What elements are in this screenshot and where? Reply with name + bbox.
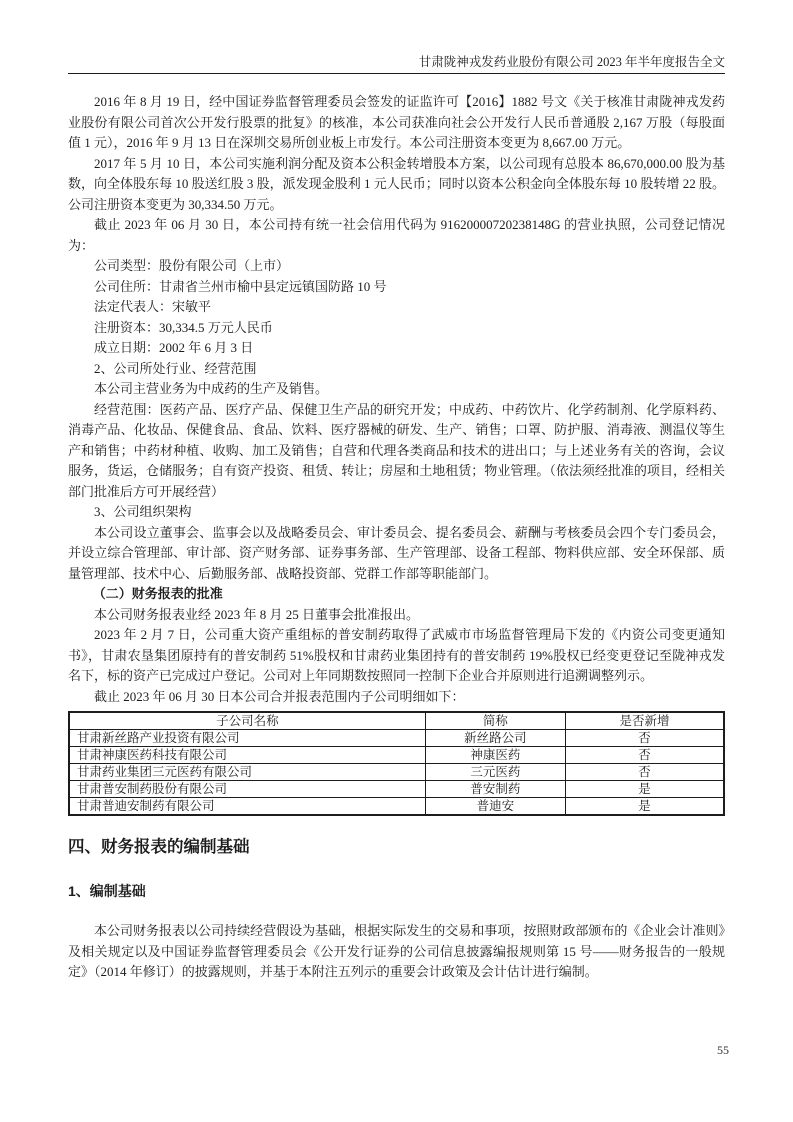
table-row: 甘肃新丝路产业投资有限公司 新丝路公司 否 bbox=[69, 730, 724, 747]
para-business-license: 截止 2023 年 06 月 30 日，本公司持有统一社会信用代码为 91620… bbox=[68, 215, 725, 256]
line-founding-date: 成立日期：2002 年 6 月 3 日 bbox=[68, 338, 725, 359]
cell-subsidiary-name: 甘肃普迪安制药有限公司 bbox=[69, 798, 425, 816]
subsidiaries-table: 子公司名称 简称 是否新增 甘肃新丝路产业投资有限公司 新丝路公司 否 甘肃神康… bbox=[68, 711, 725, 816]
heading-industry-scope: 2、公司所处行业、经营范围 bbox=[68, 359, 725, 380]
cell-short-name: 新丝路公司 bbox=[425, 730, 565, 747]
table-row: 甘肃神康医药科技有限公司 神康医药 否 bbox=[69, 747, 724, 764]
header-divider bbox=[68, 73, 725, 74]
table-row: 甘肃药业集团三元医药有限公司 三元医药 否 bbox=[69, 764, 724, 781]
line-approval-date: 本公司财务报表业经 2023 年 8 月 25 日董事会批准报出。 bbox=[68, 605, 725, 626]
line-legal-representative: 法定代表人：宋敏平 bbox=[68, 297, 725, 318]
cell-newly-added: 否 bbox=[565, 764, 724, 781]
cell-subsidiary-name: 甘肃普安制药股份有限公司 bbox=[69, 781, 425, 798]
para-dividend-2017: 2017 年 5 月 10 日，本公司实施利润分配及资本公积金转增股本方案，以公… bbox=[68, 154, 725, 216]
cell-subsidiary-name: 甘肃药业集团三元医药有限公司 bbox=[69, 764, 425, 781]
line-main-business: 本公司主营业务为中成药的生产及销售。 bbox=[68, 379, 725, 400]
heading-preparation-basis: 1、编制基础 bbox=[68, 882, 725, 901]
cell-short-name: 三元医药 bbox=[425, 764, 565, 781]
line-company-address: 公司住所：甘肃省兰州市榆中县定远镇国防路 10 号 bbox=[68, 277, 725, 298]
para-business-scope: 经营范围：医药产品、医疗产品、保健卫生产品的研究开发；中成药、中药饮片、化学药制… bbox=[68, 400, 725, 503]
line-table-intro: 截止 2023 年 06 月 30 日本公司合并报表范围内子公司明细如下： bbox=[68, 687, 725, 708]
heading-statement-approval: （二）财务报表的批准 bbox=[68, 584, 725, 605]
cell-newly-added: 否 bbox=[565, 747, 724, 764]
line-registered-capital: 注册资本：30,334.5 万元人民币 bbox=[68, 318, 725, 339]
cell-newly-added: 是 bbox=[565, 798, 724, 816]
cell-newly-added: 是 bbox=[565, 781, 724, 798]
document-header-title: 甘肃陇神戎发药业股份有限公司 2023 年半年度报告全文 bbox=[68, 54, 725, 73]
table-row: 甘肃普迪安制药有限公司 普迪安 是 bbox=[69, 798, 724, 816]
col-header-short-name: 简称 bbox=[425, 712, 565, 730]
para-preparation-basis: 本公司财务报表以公司持续经营假设为基础，根据实际发生的交易和事项，按照财政部颁布… bbox=[68, 921, 725, 983]
para-organization: 本公司设立董事会、监事会以及战略委员会、审计委员会、提名委员会、薪酬与考核委员会… bbox=[68, 523, 725, 585]
cell-subsidiary-name: 甘肃新丝路产业投资有限公司 bbox=[69, 730, 425, 747]
report-page: 甘肃陇神戎发药业股份有限公司 2023 年半年度报告全文 2016 年 8 月 … bbox=[0, 0, 793, 1122]
cell-subsidiary-name: 甘肃神康医药科技有限公司 bbox=[69, 747, 425, 764]
table-row: 甘肃普安制药股份有限公司 普安制药 是 bbox=[69, 781, 724, 798]
cell-newly-added: 否 bbox=[565, 730, 724, 747]
para-ipo-2016: 2016 年 8 月 19 日，经中国证券监督管理委员会签发的证监许可【2016… bbox=[68, 92, 725, 154]
cell-short-name: 普迪安 bbox=[425, 798, 565, 816]
col-header-newly-added: 是否新增 bbox=[565, 712, 724, 730]
table-header-row: 子公司名称 简称 是否新增 bbox=[69, 712, 724, 730]
heading-organization: 3、公司组织架构 bbox=[68, 502, 725, 523]
page-number: 55 bbox=[717, 1040, 729, 1061]
line-company-type: 公司类型：股份有限公司（上市） bbox=[68, 256, 725, 277]
cell-short-name: 普安制药 bbox=[425, 781, 565, 798]
para-restructure: 2023 年 2 月 7 日，公司重大资产重组标的普安制药取得了武威市市场监督管… bbox=[68, 625, 725, 687]
heading-section-four: 四、财务报表的编制基础 bbox=[68, 836, 725, 858]
col-header-subsidiary-name: 子公司名称 bbox=[69, 712, 425, 730]
page-content: 甘肃陇神戎发药业股份有限公司 2023 年半年度报告全文 2016 年 8 月 … bbox=[68, 54, 725, 983]
cell-short-name: 神康医药 bbox=[425, 747, 565, 764]
